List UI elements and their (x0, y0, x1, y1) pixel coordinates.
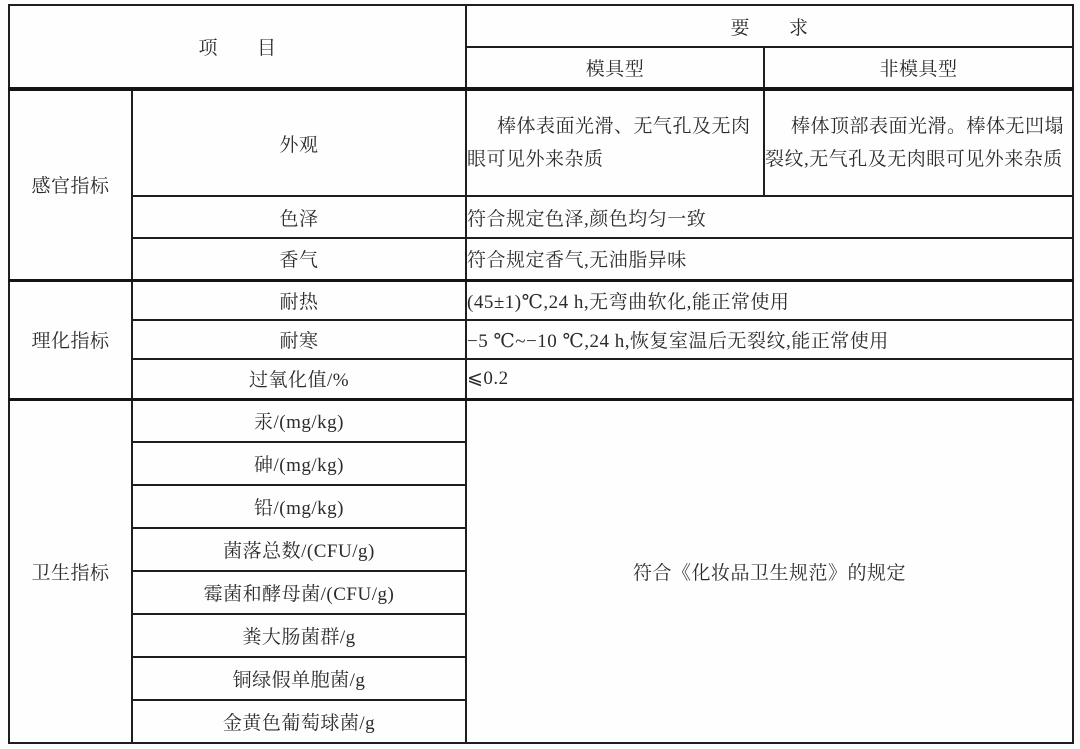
row-cold-resistance: 耐寒 −5 ℃~−10 ℃,24 h,恢复室温后无裂纹,能正常使用 (9, 320, 1073, 359)
group-cell-physicochemical: 理化指标 (9, 280, 132, 399)
item-cell: 砷/(mg/kg) (132, 442, 466, 485)
item-cell: 外观 (132, 89, 466, 196)
value-cell: ⩽0.2 (466, 359, 1073, 399)
requirements-table: 项 目 要 求 模具型 非模具型 感官指标 外观 棒体表面光滑、无气孔及无肉眼可… (8, 4, 1074, 744)
row-peroxide-value: 过氧化值/% ⩽0.2 (9, 359, 1073, 399)
value-cell: (45±1)℃,24 h,无弯曲软化,能正常使用 (466, 280, 1073, 320)
row-heat-resistance: 理化指标 耐热 (45±1)℃,24 h,无弯曲软化,能正常使用 (9, 280, 1073, 320)
value-cell-hygiene-merged: 符合《化妆品卫生规范》的规定 (466, 399, 1073, 743)
item-cell: 菌落总数/(CFU/g) (132, 528, 466, 571)
item-cell: 金黄色葡萄球菌/g (132, 700, 466, 743)
header-mold-type-cell: 模具型 (466, 47, 764, 89)
value-cell: 符合规定香气,无油脂异味 (466, 238, 1073, 280)
header-item-cell: 项 目 (9, 5, 466, 89)
item-cell: 铅/(mg/kg) (132, 485, 466, 528)
header-row-1: 项 目 要 求 (9, 5, 1073, 47)
row-mercury: 卫生指标 汞/(mg/kg) 符合《化妆品卫生规范》的规定 (9, 399, 1073, 442)
item-cell: 过氧化值/% (132, 359, 466, 399)
value-cell-non-mold: 棒体顶部表面光滑。棒体无凹塌裂纹,无气孔及无肉眼可见外来杂质 (764, 89, 1073, 196)
item-cell: 香气 (132, 238, 466, 280)
header-requirement-cell: 要 求 (466, 5, 1073, 47)
group-cell-sensory: 感官指标 (9, 89, 132, 280)
item-cell: 耐热 (132, 280, 466, 320)
item-cell: 霉菌和酵母菌/(CFU/g) (132, 571, 466, 614)
row-aroma: 香气 符合规定香气,无油脂异味 (9, 238, 1073, 280)
item-cell: 粪大肠菌群/g (132, 614, 466, 657)
value-cell: 符合规定色泽,颜色均匀一致 (466, 196, 1073, 238)
item-cell: 汞/(mg/kg) (132, 399, 466, 442)
header-non-mold-type-cell: 非模具型 (764, 47, 1073, 89)
group-cell-hygiene: 卫生指标 (9, 399, 132, 743)
row-color: 色泽 符合规定色泽,颜色均匀一致 (9, 196, 1073, 238)
item-cell: 耐寒 (132, 320, 466, 359)
document-page: 项 目 要 求 模具型 非模具型 感官指标 外观 棒体表面光滑、无气孔及无肉眼可… (0, 0, 1080, 749)
item-cell: 铜绿假单胞菌/g (132, 657, 466, 700)
row-appearance: 感官指标 外观 棒体表面光滑、无气孔及无肉眼可见外来杂质 棒体顶部表面光滑。棒体… (9, 89, 1073, 196)
value-cell-mold: 棒体表面光滑、无气孔及无肉眼可见外来杂质 (466, 89, 764, 196)
value-cell: −5 ℃~−10 ℃,24 h,恢复室温后无裂纹,能正常使用 (466, 320, 1073, 359)
item-cell: 色泽 (132, 196, 466, 238)
